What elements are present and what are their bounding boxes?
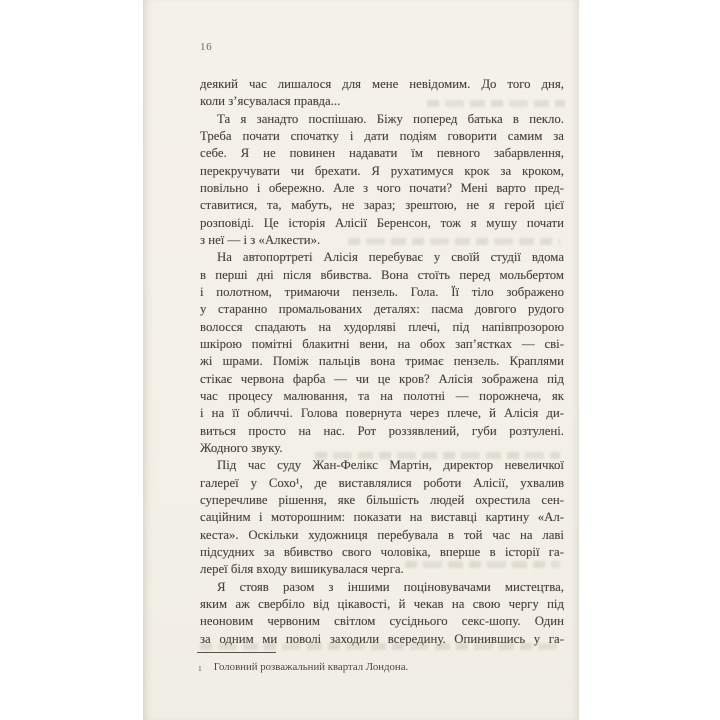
text-line: волосся спадають на худорляві плечі, під… — [200, 319, 564, 336]
text-line: Під час суду Жан-Фелікс Мартін, директор… — [200, 457, 564, 474]
text-line: шкірою помітні блакитні вени, на обох за… — [200, 336, 564, 353]
photo-canvas: 16 деякий час лишалося для мене невідоми… — [0, 0, 720, 720]
text-line: саційним і моторошним: показати на виста… — [200, 509, 564, 526]
text-line: суперечливе рішення, яке більшість людей… — [200, 492, 564, 509]
text-line: розповіді. Це історія Алісії Беренсон, т… — [200, 215, 564, 232]
text-line: ставитися, та, мабуть, не зараз; зрештою… — [200, 197, 564, 214]
text-line: час процесу малювання, та на полотні — п… — [200, 388, 564, 405]
text-line: повільно і обережно. Але з чого почати? … — [200, 180, 564, 197]
text-line: в перші дні після вбивства. Вона стоїть … — [200, 267, 564, 284]
text-line: стікає червона фарба — чи це кров? Алісі… — [200, 371, 564, 388]
text-line: Та я занадто поспішаю. Біжу поперед бать… — [200, 111, 564, 128]
text-line: Я стояв разом з іншими поціновувачами ми… — [200, 579, 564, 596]
text-line: перекручувати чи брехати. Я рухатимуся к… — [200, 163, 564, 180]
footnote-marker: 1 — [198, 664, 202, 673]
text-line: і на її обличчі. Голова повернута через … — [200, 405, 564, 422]
book-page: 16 деякий час лишалося для мене невідоми… — [143, 0, 579, 720]
footnote: 1Головний розважальний квартал Лондона. — [198, 661, 558, 674]
show-through-ghost — [405, 561, 560, 568]
text-line: неоновим червоним світлом сусіднього сек… — [200, 613, 564, 630]
show-through-ghost — [315, 452, 560, 459]
text-line: кеста». Оскільки художниця перебувала в … — [200, 527, 564, 544]
page-number: 16 — [200, 41, 212, 53]
text-line: галереї у Сохо¹, де виставлялися роботи … — [200, 475, 564, 492]
text-line: яким аж свербіло від цікавості, й чекав … — [200, 596, 564, 613]
text-line: себе. Я не повинен надавати їм певного з… — [200, 145, 564, 162]
footnote-text: Головний розважальний квартал Лондона. — [214, 661, 408, 673]
show-through-ghost — [348, 238, 560, 245]
text-line: підсудних за вбивство свого чоловіка, вп… — [200, 544, 564, 561]
text-line: у старанно промальованих деталях: пасма … — [200, 301, 564, 318]
text-line: Треба почати спочатку і дати подіям гово… — [200, 128, 564, 145]
text-line: жі шрами. Поміж пальців вона тримає пенз… — [200, 353, 564, 370]
text-line: деякий час лишалося для мене невідомим. … — [200, 76, 564, 93]
footnote-rule — [197, 652, 276, 653]
text-line: На автопортреті Алісія перебуває у своїй… — [200, 249, 564, 266]
show-through-ghost — [427, 100, 565, 107]
show-through-ghost — [200, 643, 558, 650]
text-line: виться просто на нас. Рот роззявлений, г… — [200, 423, 564, 440]
text-line: і полотном, тримаючи пензель. Гола. Її т… — [200, 284, 564, 301]
